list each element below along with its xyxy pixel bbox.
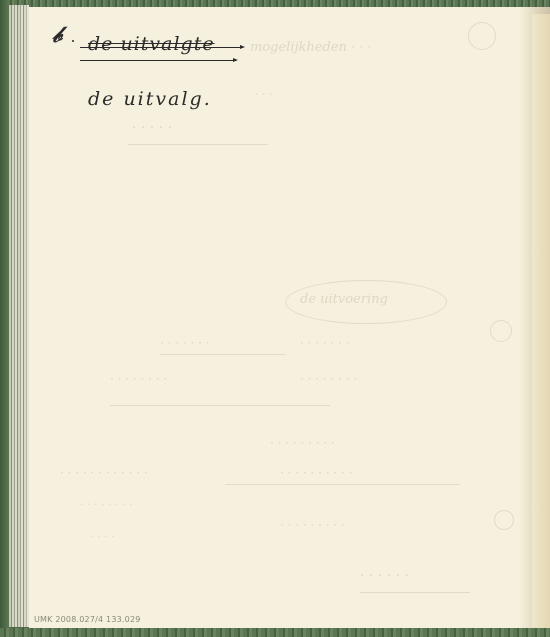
page-stack-edge <box>9 5 29 627</box>
bleed-through-text: · · · · · · · · <box>80 498 132 511</box>
archive-id-label: UMK 2008.027/4 133.029 <box>34 615 141 624</box>
bleed-through-text: · · · <box>255 88 272 101</box>
bleed-through-text: mogelijkheden · · · <box>250 40 372 55</box>
corrected-text: de uitvalg. <box>88 88 212 110</box>
bleed-through-circle-3 <box>494 510 514 530</box>
underline-arrow <box>80 60 236 61</box>
bleed-through-text: · · · · · <box>132 120 172 136</box>
bleed-through-line <box>110 405 330 406</box>
bleed-through-line <box>160 354 285 355</box>
bleed-through-text: · · · · · · · · <box>110 372 167 386</box>
handwritten-mark: 𝒷 <box>52 22 61 48</box>
bleed-through-line <box>225 484 460 485</box>
bleed-through-text: · · · · · · · · · <box>280 518 345 532</box>
bleed-through-text: · · · · · · · · <box>300 372 357 386</box>
bleed-through-text: · · · · · · · · · · · · <box>60 466 148 480</box>
bleed-through-text: · · · · <box>90 530 114 543</box>
bleed-through-text: · · · · · · · <box>300 336 350 350</box>
ink-dot <box>72 40 74 42</box>
bleed-through-line <box>128 144 268 145</box>
bleed-through-oval-1 <box>468 22 496 50</box>
scan-background-left <box>0 0 9 637</box>
scan-background-top <box>0 0 550 7</box>
bleed-through-text: · · · · · · · · · · <box>280 466 352 480</box>
bleed-through-line <box>360 592 470 593</box>
struck-through-text: de uitvalgte <box>88 33 215 55</box>
page-gutter <box>532 14 550 635</box>
bleed-through-text: · · · · · · · · · <box>270 436 335 450</box>
bleed-through-circle-2 <box>490 320 512 342</box>
bleed-through-text: de uitvoering <box>300 292 388 307</box>
strikethrough-arrow <box>80 47 243 48</box>
bleed-through-text: · · · · · · · <box>160 336 210 350</box>
bleed-through-text: · · · · · · <box>360 568 409 584</box>
scan-background-bottom <box>0 628 550 637</box>
